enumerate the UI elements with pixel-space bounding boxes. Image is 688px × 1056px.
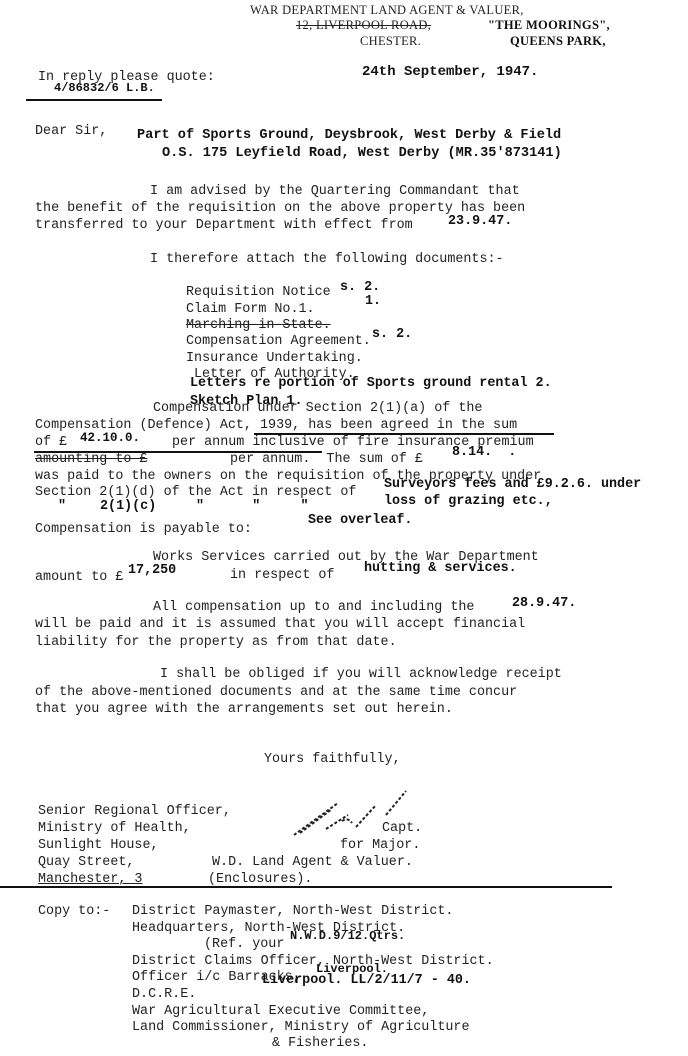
works-amount: 17,250 xyxy=(128,563,176,579)
letter-date: 24th September, 1947. xyxy=(362,64,538,80)
reference-underline xyxy=(26,99,162,101)
addressee-line: Senior Regional Officer, xyxy=(38,804,231,820)
para4-line2-rest: in respect of xyxy=(230,568,334,584)
para3-line3-prefix: of £ xyxy=(35,435,67,451)
letterhead-org: WAR DEPARTMENT LAND AGENT & VALUER, xyxy=(250,2,524,18)
para3-line1: Compensation under Section 2(1)(a) of th… xyxy=(153,401,482,417)
para1-line3: transferred to your Department with effe… xyxy=(35,218,413,234)
copy-recipient: D.C.R.E. xyxy=(132,987,196,1003)
attachment-count: s. 2. xyxy=(372,327,412,343)
subject-line-2: O.S. 175 Leyfield Road, West Derby (MR.3… xyxy=(162,146,562,162)
payable-label: Compensation is payable to: xyxy=(35,522,252,538)
copy-recipient: War Agricultural Executive Committee, xyxy=(132,1004,429,1020)
subject-line-1: Part of Sports Ground, Deysbrook, West D… xyxy=(137,128,561,144)
attachment-item: Compensation Agreement. xyxy=(186,334,371,350)
addressee-line: Sunlight House, xyxy=(38,838,159,854)
attachments-intro: I therefore attach the following documen… xyxy=(150,252,504,268)
copy-recipient: & Fisheries. xyxy=(272,1036,368,1052)
para3-line4b: per annum. The sum of £ xyxy=(230,452,423,468)
attachment-item: Letters re portion of Sports ground rent… xyxy=(190,376,552,392)
addressee-line: Ministry of Health, xyxy=(38,821,191,837)
attachment-item-struck: Marching-in-State. xyxy=(186,318,331,334)
ditto-marks: " " " xyxy=(196,499,309,515)
closing: Yours faithfully, xyxy=(264,752,401,768)
para6-line1: I shall be obliged if you will acknowled… xyxy=(160,667,562,683)
copy-recipient: (Ref. your xyxy=(204,937,284,953)
letterhead-new-address-2: QUEENS PARK, xyxy=(510,33,606,49)
works-description: hutting & services. xyxy=(364,561,517,577)
para4-line2-prefix: amount to £ xyxy=(35,570,123,586)
para6-line2: of the above-mentioned documents and at … xyxy=(35,685,517,701)
ditto-mark: " xyxy=(58,499,66,515)
effective-date: 23.9.47. xyxy=(448,214,512,230)
attachment-item: Claim Form No.1. xyxy=(186,302,315,318)
salutation: Dear Sir, xyxy=(35,124,107,140)
copy-recipient: District Claims Officer, North-West Dist… xyxy=(132,954,494,970)
copy-to-label: Copy to:- xyxy=(38,904,110,920)
attachment-count: 1. xyxy=(365,294,381,310)
para5-line2: will be paid and it is assumed that you … xyxy=(35,617,525,633)
sum-paid: 8.14. . xyxy=(452,445,516,461)
para3-line7-fill: loss of grazing etc., xyxy=(384,494,553,510)
divider xyxy=(0,886,612,888)
letterhead-old-address-2: CHESTER. xyxy=(360,33,421,49)
para3-line6-fill: Surveyors fees and £9.2.6. under xyxy=(384,477,641,493)
compensation-date: 28.9.47. xyxy=(512,596,576,612)
barracks-reference: Liverpool. LL/2/11/7 - 40. xyxy=(262,973,471,989)
hq-reference: N.W.D.9/12.Qtrs. xyxy=(290,928,405,944)
para5-line3: liability for the property as from that … xyxy=(35,635,397,651)
letterhead-new-address-1: "THE MOORINGS", xyxy=(488,17,610,33)
reference-number: 4/86832/6 L.B. xyxy=(54,80,155,96)
copy-recipient: Land Commissioner, Ministry of Agricultu… xyxy=(132,1020,470,1036)
para6-line3: that you agree with the arrangements set… xyxy=(35,702,453,718)
para5-line1: All compensation up to and including the xyxy=(153,600,474,616)
attachment-item: Insurance Undertaking. xyxy=(186,351,363,367)
copy-recipient: District Paymaster, North-West District. xyxy=(132,904,453,920)
para3-line4a: amounting to £ xyxy=(35,452,148,468)
signature-rank: Capt. xyxy=(382,821,422,837)
section-ref: 2(1)(c) xyxy=(100,499,156,515)
letterhead-old-address-1: 12, LIVERPOOL ROAD, xyxy=(296,17,431,33)
attachment-item: Requisition Notice xyxy=(186,285,331,301)
addressee-line: Quay Street, xyxy=(38,855,134,871)
signature-for: for Major. xyxy=(340,838,420,854)
para1-line1: I am advised by the Quartering Commandan… xyxy=(150,184,520,200)
signature-title: W.D. Land Agent & Valuer. xyxy=(212,855,413,871)
payable-to: See overleaf. xyxy=(308,513,412,529)
annual-sum: 42.10.0. xyxy=(80,430,140,446)
